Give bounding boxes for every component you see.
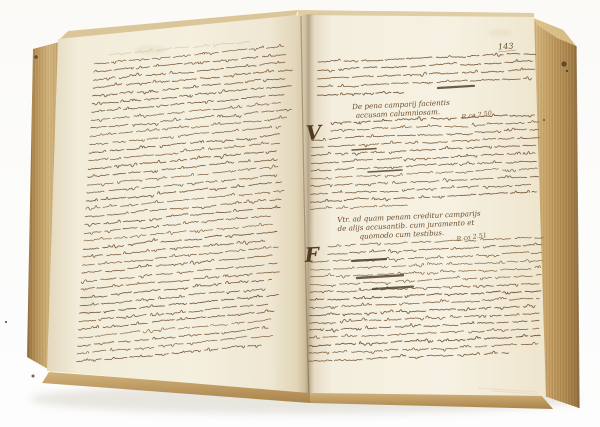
- folio-number: 143: [498, 41, 514, 51]
- ink-speck: [543, 119, 545, 121]
- ink-speck: [34, 55, 38, 59]
- ink-speck: [5, 321, 7, 323]
- drop-cap-f: F: [303, 242, 321, 267]
- manuscript-book-photograph: 143 De pena camparij facientis accusam c…: [0, 0, 600, 427]
- paper-stain: [488, 29, 512, 37]
- ink-speck: [561, 61, 566, 66]
- photo-stage: 143 De pena camparij facientis accusam c…: [0, 0, 600, 427]
- ink-speck: [32, 375, 35, 378]
- ink-speck: [566, 70, 568, 72]
